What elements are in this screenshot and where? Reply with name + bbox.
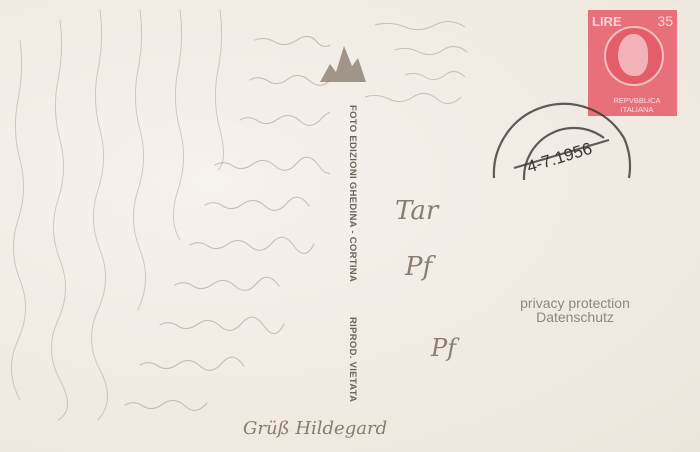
profile-head-icon: [618, 34, 648, 76]
address-line-1: Tar: [395, 196, 438, 226]
stamp-value: 35: [657, 13, 673, 29]
address-line-3: Pf: [431, 334, 456, 362]
postcard-back: FOTO EDIZIONI GHEDINA - CORTINA RIPROD. …: [0, 0, 700, 452]
postmark-ring-icon: 4-7.1956: [484, 78, 636, 186]
address-line-2: Pf: [405, 252, 432, 282]
postmark-date: 4-7.1956: [525, 139, 595, 177]
handwriting-strokes: [0, 0, 330, 452]
postmark-cancellation: 4-7.1956: [484, 78, 636, 186]
printer-text: FOTO EDIZIONI GHEDINA - CORTINA: [347, 105, 358, 282]
privacy-line1: privacy protection: [500, 296, 650, 310]
handwritten-message: [0, 0, 330, 452]
stamp-currency: LIRE: [592, 14, 622, 29]
publisher-imprint: FOTO EDIZIONI GHEDINA - CORTINA RIPROD. …: [336, 105, 366, 425]
reproduction-notice: RIPROD. VIETATA: [347, 317, 358, 402]
signature: Grüß Hildegard: [243, 418, 387, 439]
stamp-portrait-icon: [604, 26, 664, 86]
mirrored-ink-blot: [360, 15, 495, 110]
privacy-line2: Datenschutz: [500, 310, 650, 324]
privacy-watermark: privacy protection Datenschutz: [500, 296, 650, 324]
